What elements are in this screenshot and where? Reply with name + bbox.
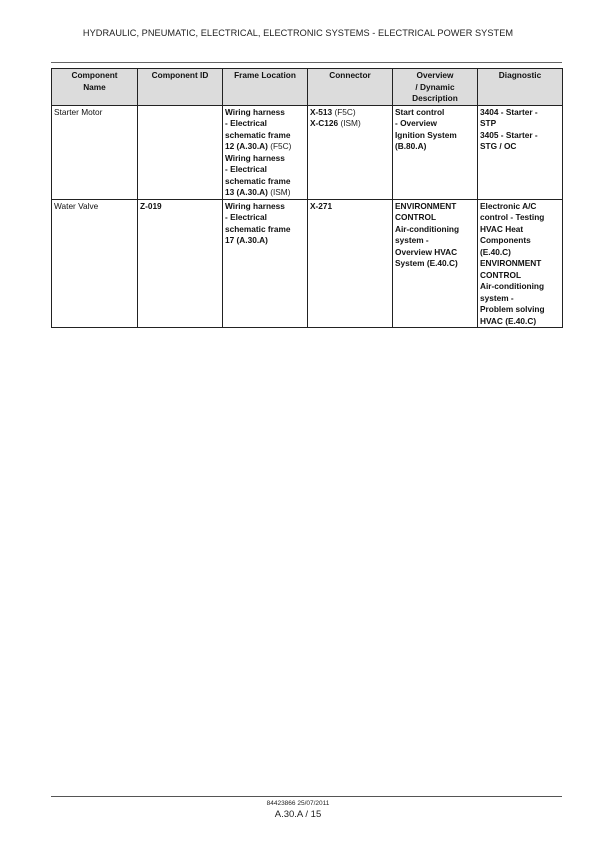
cell-component-name: Starter Motor: [52, 105, 138, 199]
overview-link: Air-conditioning: [395, 224, 475, 236]
diagnostic-link: Components: [480, 235, 560, 247]
overview-link: Start control: [395, 107, 475, 119]
column-header-text: Diagnostic: [480, 70, 560, 82]
diagnostic-link: HVAC Heat: [480, 224, 560, 236]
column-header-text: Overview: [395, 70, 475, 82]
diagnostic-link: ENVIRONMENT: [480, 258, 560, 270]
diagnostic-link: 3405 - Starter -: [480, 130, 560, 142]
diagnostic-link: (E.40.C): [480, 247, 560, 259]
diagnostic-link: Air-conditioning: [480, 281, 560, 293]
column-header: Component ID: [138, 69, 223, 106]
frame-location-link: schematic frame: [225, 224, 305, 236]
connector-id: X-C126 (ISM): [310, 118, 390, 130]
variant-label: (ISM): [340, 118, 360, 128]
column-header-text: Description: [395, 93, 475, 105]
column-header-text: Component ID: [140, 70, 220, 82]
cell-overview: ENVIRONMENTCONTROLAir-conditioningsystem…: [393, 199, 478, 328]
frame-location-link: 17 (A.30.A): [225, 235, 305, 247]
cell-diagnostic: Electronic A/Ccontrol - TestingHVAC Heat…: [478, 199, 563, 328]
overview-link: System (E.40.C): [395, 258, 475, 270]
diagnostic-link: 3404 - Starter -: [480, 107, 560, 119]
column-header: ComponentName: [52, 69, 138, 106]
cell-component-name: Water Valve: [52, 199, 138, 328]
footer-doc-ref: 84423866 25/07/2011: [0, 800, 596, 807]
column-header: Diagnostic: [478, 69, 563, 106]
frame-location-link: - Electrical: [225, 164, 305, 176]
cell-component-id: Z-019: [138, 199, 223, 328]
component-table: ComponentNameComponent IDFrame LocationC…: [51, 68, 563, 328]
frame-location-link: Wiring harness: [225, 107, 305, 119]
cell-frame-location: Wiring harness- Electricalschematic fram…: [223, 199, 308, 328]
header-divider: [51, 62, 562, 63]
overview-link: ENVIRONMENT: [395, 201, 475, 213]
overview-link: (B.80.A): [395, 141, 475, 153]
overview-link: Ignition System: [395, 130, 475, 142]
diagnostic-link: Electronic A/C: [480, 201, 560, 213]
cell-connector: X-513 (F5C)X-C126 (ISM): [308, 105, 393, 199]
diagnostic-link: CONTROL: [480, 270, 560, 282]
column-header: Overview/ DynamicDescription: [393, 69, 478, 106]
frame-location-link: - Electrical: [225, 118, 305, 130]
overview-link: - Overview: [395, 118, 475, 130]
diagnostic-link: Problem solving: [480, 304, 560, 316]
frame-location-link: Wiring harness: [225, 153, 305, 165]
diagnostic-link: HVAC (E.40.C): [480, 316, 560, 328]
diagnostic-link: system -: [480, 293, 560, 305]
diagnostic-link: control - Testing: [480, 212, 560, 224]
page-header-title: HYDRAULIC, PNEUMATIC, ELECTRICAL, ELECTR…: [0, 28, 596, 38]
variant-label: (ISM): [270, 187, 290, 197]
variant-label: (F5C): [334, 107, 355, 117]
variant-label: (F5C): [270, 141, 291, 151]
column-header-text: Component: [54, 70, 135, 82]
frame-location-link: Wiring harness: [225, 201, 305, 213]
footer-divider: [51, 796, 562, 797]
cell-frame-location: Wiring harness- Electricalschematic fram…: [223, 105, 308, 199]
table-row: Water ValveZ-019Wiring harness- Electric…: [52, 199, 563, 328]
frame-location-link: schematic frame: [225, 176, 305, 188]
overview-link: system -: [395, 235, 475, 247]
column-header-text: Name: [54, 82, 135, 94]
column-header-text: / Dynamic: [395, 82, 475, 94]
frame-location-link: - Electrical: [225, 212, 305, 224]
connector-id: X-513 (F5C): [310, 107, 390, 119]
frame-location-link: 12 (A.30.A) (F5C): [225, 141, 305, 153]
column-header-text: Connector: [310, 70, 390, 82]
frame-location-link: 13 (A.30.A) (ISM): [225, 187, 305, 199]
column-header-text: Frame Location: [225, 70, 305, 82]
cell-diagnostic: 3404 - Starter -STP3405 - Starter -STG /…: [478, 105, 563, 199]
overview-link: CONTROL: [395, 212, 475, 224]
footer-page-number: A.30.A / 15: [0, 809, 596, 820]
connector-id: X-271: [310, 201, 390, 213]
frame-location-link: schematic frame: [225, 130, 305, 142]
diagnostic-link: STP: [480, 118, 560, 130]
diagnostic-link: STG / OC: [480, 141, 560, 153]
table-row: Starter MotorWiring harness- Electricals…: [52, 105, 563, 199]
overview-link: Overview HVAC: [395, 247, 475, 259]
cell-overview: Start control- OverviewIgnition System(B…: [393, 105, 478, 199]
cell-component-id: [138, 105, 223, 199]
cell-connector: X-271: [308, 199, 393, 328]
column-header: Connector: [308, 69, 393, 106]
table-header-row: ComponentNameComponent IDFrame LocationC…: [52, 69, 563, 106]
column-header: Frame Location: [223, 69, 308, 106]
